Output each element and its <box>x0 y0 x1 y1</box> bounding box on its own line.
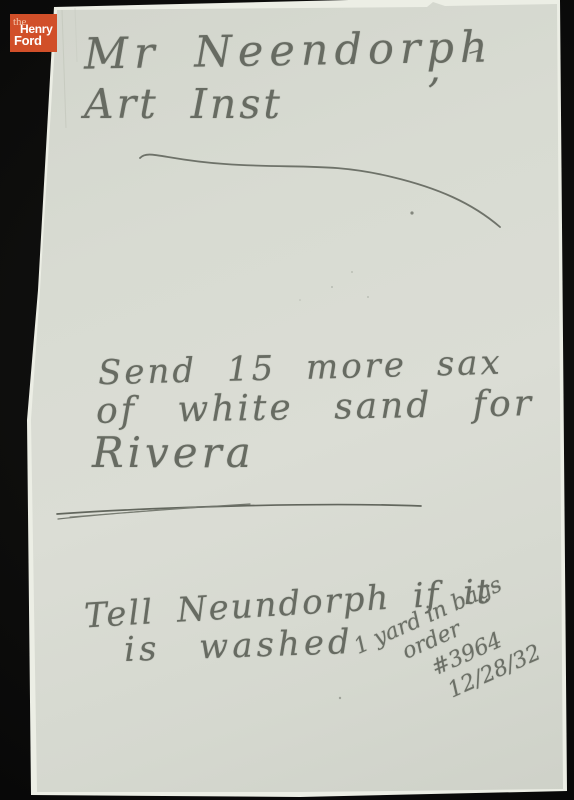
note-body-line-2: of white sand for <box>96 383 535 432</box>
note-closing-line-2: is washed <box>123 622 354 670</box>
scanned-note-image: Mr Neendorph , Art Inst Send 15 more sax… <box>0 0 574 800</box>
note-heading-comma: , <box>428 46 441 92</box>
note-heading-org: Art Inst <box>84 80 283 128</box>
note-body-line-3: Rivera <box>92 428 255 477</box>
logo-text-ford: Ford <box>14 34 42 47</box>
henry-ford-logo: the Henry Ford <box>10 14 57 52</box>
